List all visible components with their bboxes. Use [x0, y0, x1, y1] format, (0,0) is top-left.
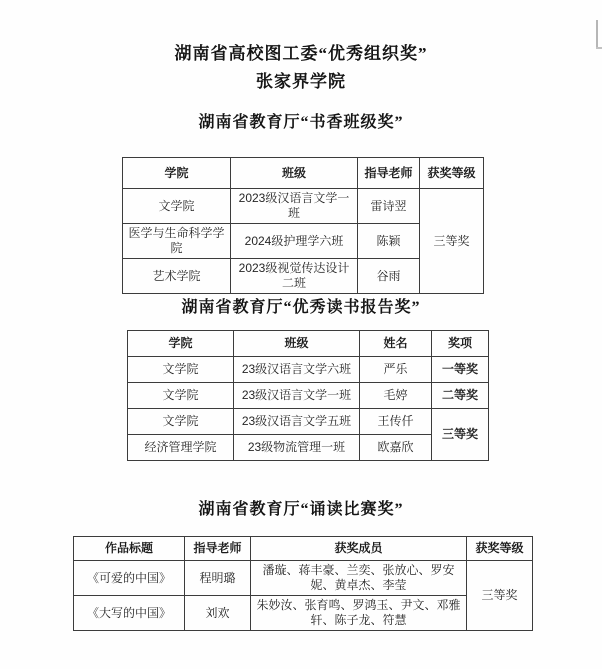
- data-table: 学院班级姓名奖项文学院23级汉语言文学六班严乐一等奖文学院23级汉语言文学一班毛…: [127, 330, 489, 461]
- table-cell: 文学院: [128, 357, 234, 383]
- table-cell: 艺术学院: [123, 259, 231, 294]
- table-cell: 欧嘉欣: [360, 435, 432, 461]
- table-header-row: 作品标题指导老师获奖成员获奖等级: [74, 537, 533, 561]
- table-row: 文学院23级汉语言文学五班王传仟三等奖: [128, 409, 489, 435]
- section-heading-reading-report-award: 湖南省教育厅“优秀读书报告奖”: [0, 297, 602, 318]
- section-heading-recitation-award: 湖南省教育厅“诵读比赛奖”: [0, 499, 602, 520]
- page-title: 湖南省高校图工委“优秀组织奖”: [0, 43, 602, 65]
- column-header: 作品标题: [74, 537, 185, 561]
- column-header: 学院: [123, 158, 231, 189]
- scrollbar-fragment-vertical: [596, 20, 598, 47]
- table-cell: 文学院: [128, 383, 234, 409]
- table-cell: 23级汉语言文学一班: [234, 383, 360, 409]
- table-cell: 谷雨: [358, 259, 420, 294]
- column-header: 奖项: [432, 331, 489, 357]
- table-cell: 23级物流管理一班: [234, 435, 360, 461]
- table-cell: 2023级汉语言文学一班: [231, 189, 358, 224]
- table-cell: 二等奖: [432, 383, 489, 409]
- table-cell: 2024级护理学六班: [231, 224, 358, 259]
- table-cell: 文学院: [128, 409, 234, 435]
- column-header: 获奖成员: [251, 537, 467, 561]
- column-header: 指导老师: [185, 537, 251, 561]
- data-table: 学院班级指导老师获奖等级文学院2023级汉语言文学一班雷诗翌三等奖医学与生命科学…: [122, 157, 484, 294]
- data-table: 作品标题指导老师获奖成员获奖等级《可爱的中国》程明璐潘璇、蒋丰豪、兰奕、张放心、…: [73, 536, 533, 631]
- table-row: 文学院2023级汉语言文学一班雷诗翌三等奖: [123, 189, 484, 224]
- column-header: 获奖等级: [467, 537, 533, 561]
- table-cell: 陈颖: [358, 224, 420, 259]
- table-cell: 《大写的中国》: [74, 596, 185, 631]
- scrollbar-fragment-horizontal: [596, 47, 602, 49]
- table-row: 《大写的中国》刘欢朱妙汝、张育鸣、罗鸿玉、尹文、邓雅轩、陈子龙、符慧: [74, 596, 533, 631]
- table-cell: 三等奖: [432, 409, 489, 461]
- award-table-recitation: 作品标题指导老师获奖成员获奖等级《可爱的中国》程明璐潘璇、蒋丰豪、兰奕、张放心、…: [73, 536, 533, 631]
- table-row: 文学院23级汉语言文学六班严乐一等奖: [128, 357, 489, 383]
- table-cell: 三等奖: [420, 189, 484, 294]
- section-heading-shuxiang-award: 湖南省教育厅“书香班级奖”: [0, 112, 602, 133]
- table-cell: 刘欢: [185, 596, 251, 631]
- table-row: 文学院23级汉语言文学一班毛婷二等奖: [128, 383, 489, 409]
- award-table-shuxiang: 学院班级指导老师获奖等级文学院2023级汉语言文学一班雷诗翌三等奖医学与生命科学…: [122, 157, 484, 294]
- table-cell: 2023级视觉传达设计二班: [231, 259, 358, 294]
- column-header: 指导老师: [358, 158, 420, 189]
- table-cell: 《可爱的中国》: [74, 561, 185, 596]
- table-cell: 雷诗翌: [358, 189, 420, 224]
- table-cell: 程明璐: [185, 561, 251, 596]
- table-cell: 潘璇、蒋丰豪、兰奕、张放心、罗安妮、黄卓杰、李莹: [251, 561, 467, 596]
- table-header-row: 学院班级指导老师获奖等级: [123, 158, 484, 189]
- table-cell: 朱妙汝、张育鸣、罗鸿玉、尹文、邓雅轩、陈子龙、符慧: [251, 596, 467, 631]
- table-cell: 医学与生命科学学院: [123, 224, 231, 259]
- table-cell: 王传仟: [360, 409, 432, 435]
- table-cell: 严乐: [360, 357, 432, 383]
- table-header-row: 学院班级姓名奖项: [128, 331, 489, 357]
- table-cell: 文学院: [123, 189, 231, 224]
- page-subtitle: 张家界学院: [0, 71, 602, 93]
- column-header: 获奖等级: [420, 158, 484, 189]
- table-cell: 经济管理学院: [128, 435, 234, 461]
- column-header: 班级: [231, 158, 358, 189]
- table-cell: 三等奖: [467, 561, 533, 631]
- table-cell: 23级汉语言文学五班: [234, 409, 360, 435]
- table-row: 《可爱的中国》程明璐潘璇、蒋丰豪、兰奕、张放心、罗安妮、黄卓杰、李莹三等奖: [74, 561, 533, 596]
- column-header: 姓名: [360, 331, 432, 357]
- table-cell: 23级汉语言文学六班: [234, 357, 360, 383]
- table-cell: 一等奖: [432, 357, 489, 383]
- column-header: 学院: [128, 331, 234, 357]
- column-header: 班级: [234, 331, 360, 357]
- table-cell: 毛婷: [360, 383, 432, 409]
- award-table-reading-report: 学院班级姓名奖项文学院23级汉语言文学六班严乐一等奖文学院23级汉语言文学一班毛…: [127, 330, 489, 461]
- document-page: 湖南省高校图工委“优秀组织奖” 张家界学院 湖南省教育厅“书香班级奖” 学院班级…: [0, 0, 602, 669]
